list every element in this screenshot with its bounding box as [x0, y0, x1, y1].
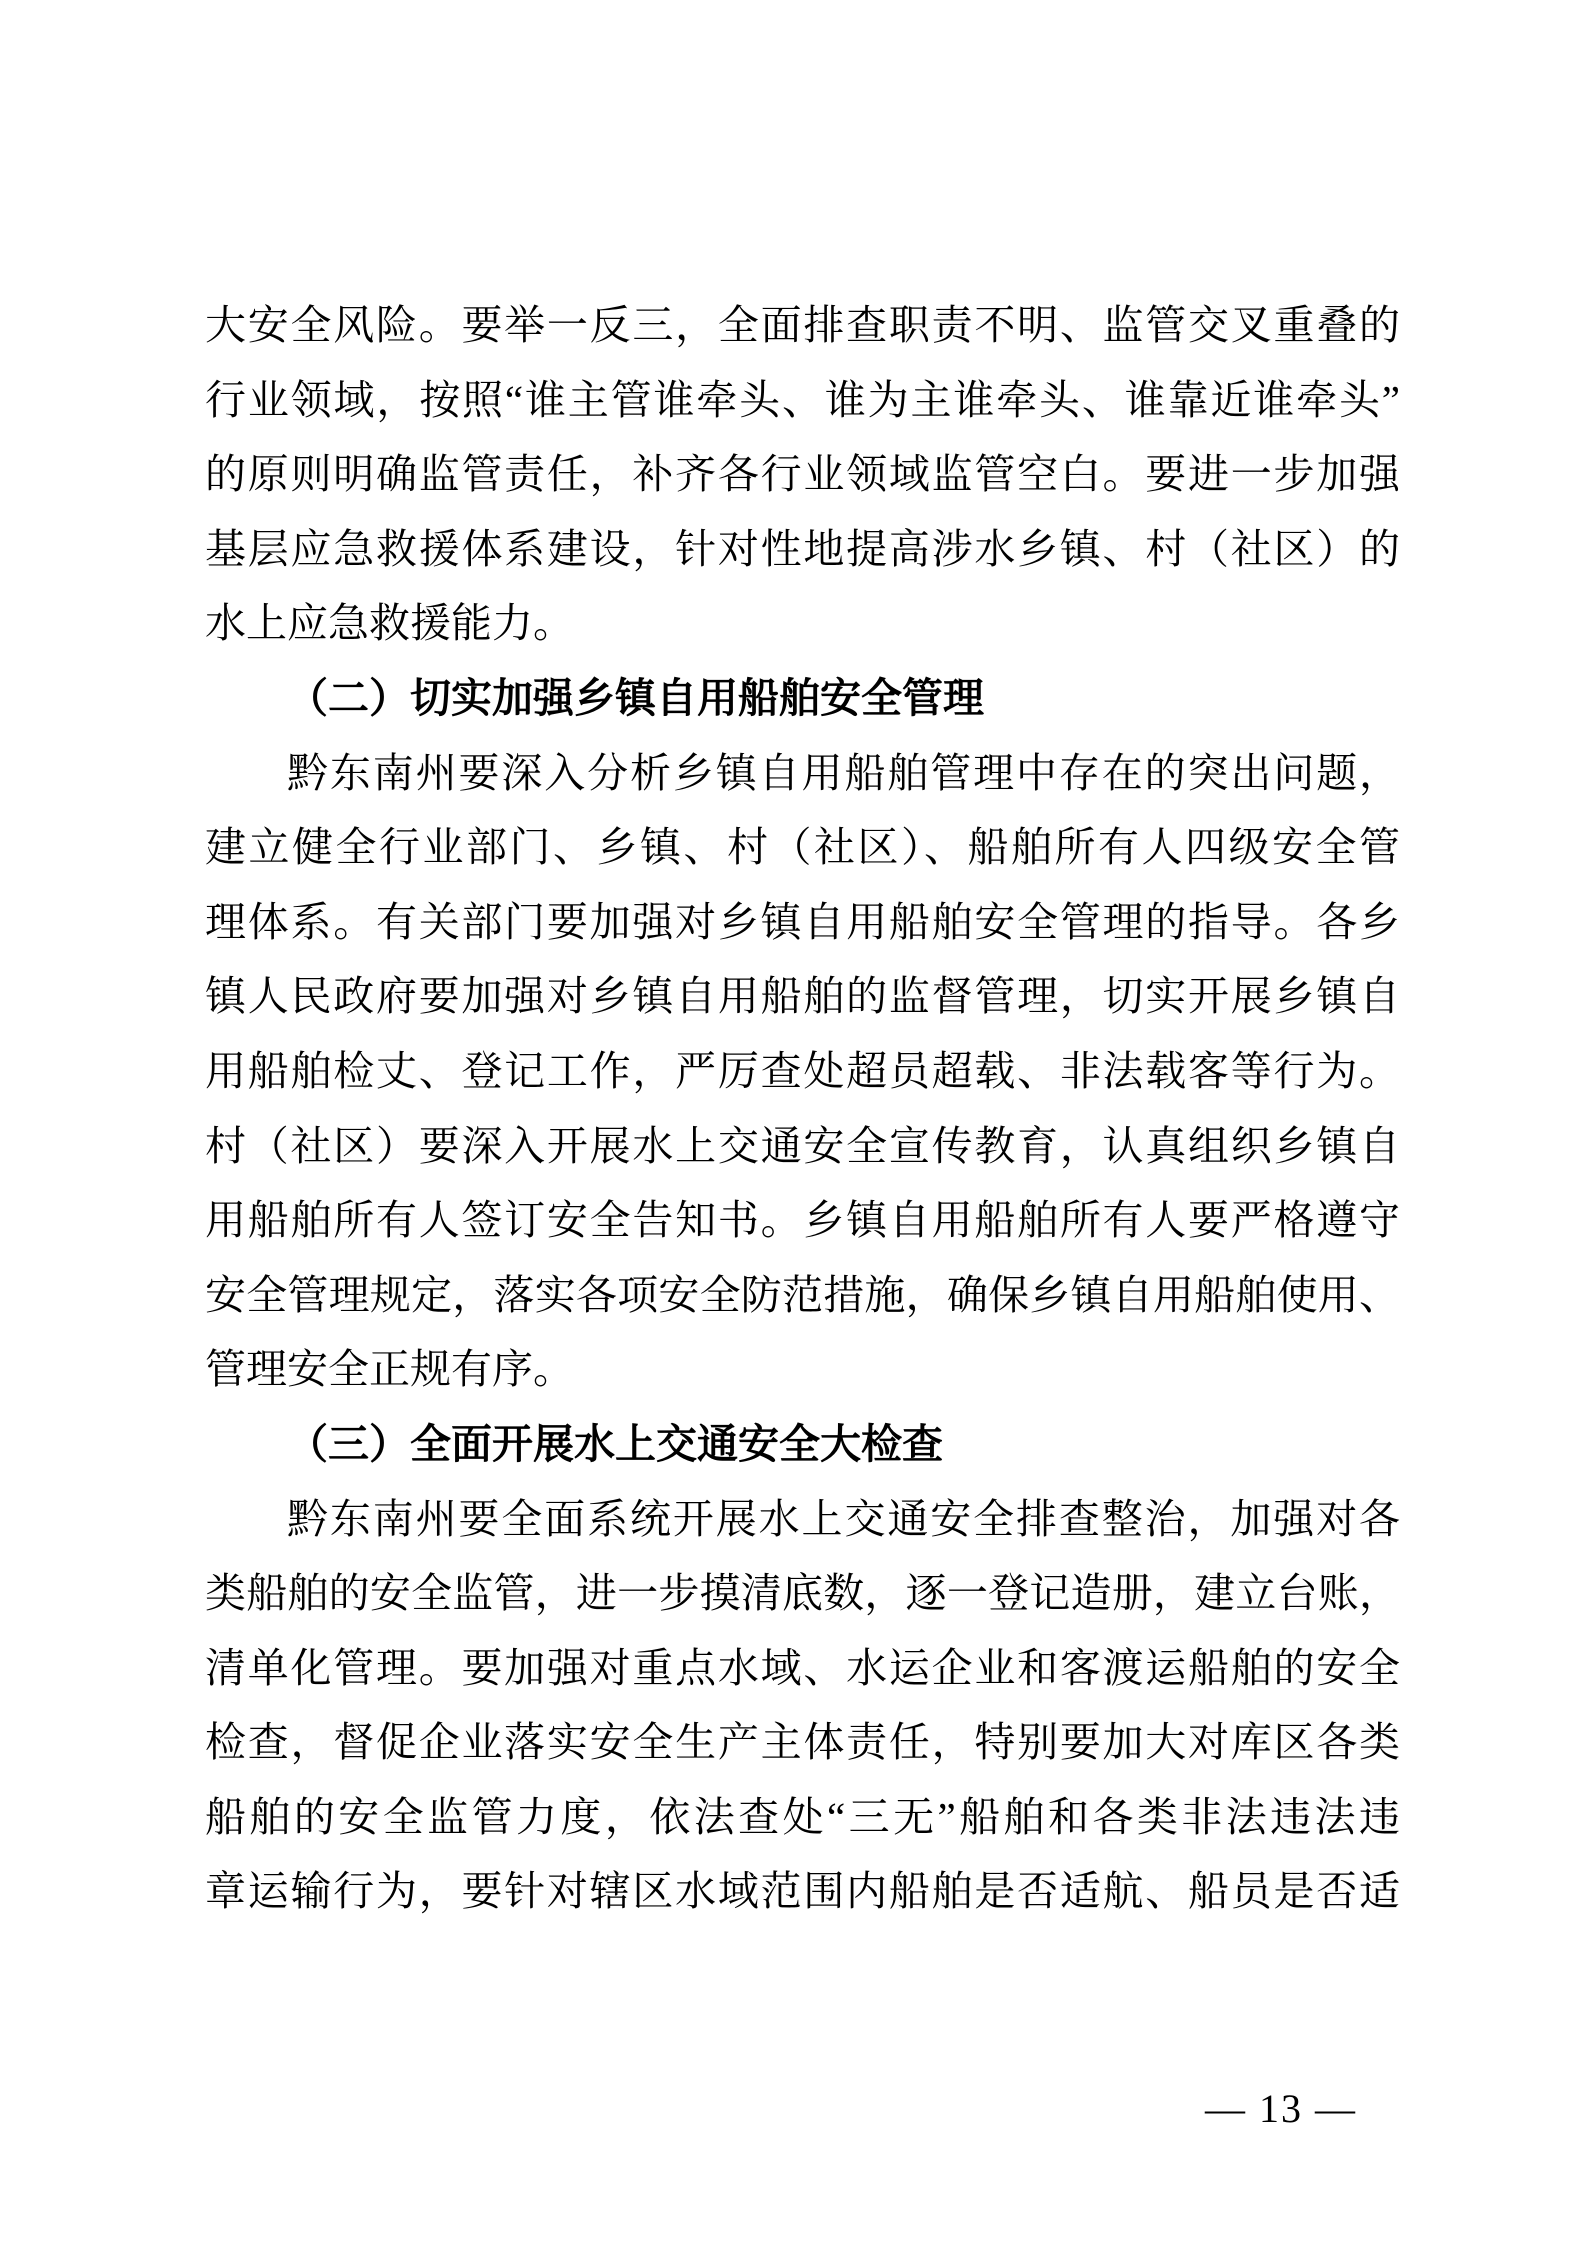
- text-line: 黔东南州要全面系统开展水上交通安全排查整治，加强对各: [205, 1482, 1400, 1557]
- text-line: 管理安全正规有序。: [205, 1332, 1400, 1407]
- text-line: 基层应急救援体系建设，针对性地提高涉水乡镇、村（社区）的: [205, 512, 1400, 587]
- text-line: 类船舶的安全监管，进一步摸清底数，逐一登记造册，建立台账，: [205, 1556, 1400, 1631]
- text-line: 黔东南州要深入分析乡镇自用船舶管理中存在的突出问题，: [205, 736, 1400, 811]
- page-number: — 13 —: [1205, 2086, 1357, 2132]
- section-heading: （二）切实加强乡镇自用船舶安全管理: [205, 661, 1400, 736]
- text-line: 理体系。有关部门要加强对乡镇自用船舶安全管理的指导。各乡: [205, 885, 1400, 960]
- text-line: 用船舶所有人签订安全告知书。乡镇自用船舶所有人要严格遵守: [205, 1183, 1400, 1258]
- text-line: 章运输行为，要针对辖区水域范围内船舶是否适航、船员是否适: [205, 1854, 1400, 1929]
- text-line: 行业领域，按照“谁主管谁牵头、谁为主谁牵头、谁靠近谁牵头”: [205, 363, 1400, 438]
- text-line: 村（社区）要深入开展水上交通安全宣传教育，认真组织乡镇自: [205, 1109, 1400, 1184]
- text-line: 大安全风险。要举一反三，全面排查职责不明、监管交叉重叠的: [205, 288, 1400, 363]
- text-line: 水上应急救援能力。: [205, 586, 1400, 661]
- text-line: 清单化管理。要加强对重点水域、水运企业和客渡运船舶的安全: [205, 1631, 1400, 1706]
- document-page: 大安全风险。要举一反三，全面排查职责不明、监管交叉重叠的行业领域，按照“谁主管谁…: [0, 0, 1587, 2245]
- text-line: 安全管理规定，落实各项安全防范措施，确保乡镇自用船舶使用、: [205, 1258, 1400, 1333]
- text-line: 镇人民政府要加强对乡镇自用船舶的监督管理，切实开展乡镇自: [205, 959, 1400, 1034]
- section-heading: （三）全面开展水上交通安全大检查: [205, 1407, 1400, 1482]
- text-line: 用船舶检丈、登记工作，严厉查处超员超载、非法载客等行为。: [205, 1034, 1400, 1109]
- text-line: 船舶的安全监管力度，依法查处“三无”船舶和各类非法违法违: [205, 1780, 1400, 1855]
- text-line: 检查，督促企业落实安全生产主体责任，特别要加大对库区各类: [205, 1705, 1400, 1780]
- text-line: 的原则明确监管责任，补齐各行业领域监管空白。要进一步加强: [205, 437, 1400, 512]
- document-text-block: 大安全风险。要举一反三，全面排查职责不明、监管交叉重叠的行业领域，按照“谁主管谁…: [205, 288, 1400, 1929]
- text-line: 建立健全行业部门、乡镇、村（社区）、船舶所有人四级安全管: [205, 810, 1400, 885]
